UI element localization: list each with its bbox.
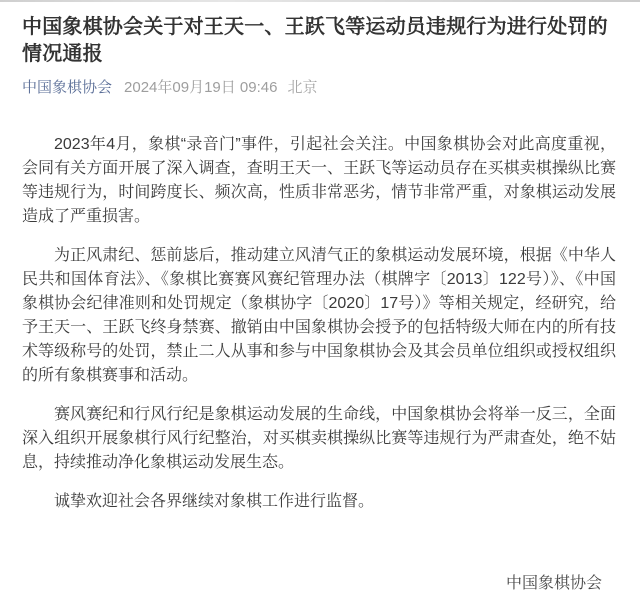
publish-date: 2024年09月19日 09:46 <box>124 79 277 97</box>
account-name-link[interactable]: 中国象棋协会 <box>22 79 112 97</box>
article-page: 中国象棋协会关于对王天一、王跃飞等运动员违规行为进行处罚的情况通报 中国象棋协会… <box>0 2 640 590</box>
paragraph-2: 为正风肃纪、惩前毖后，推动建立风清气正的象棋运动发展环境，根据《中华人民共和国体… <box>22 244 616 388</box>
publish-location: 北京 <box>287 79 317 97</box>
paragraph-4: 诚挚欢迎社会各界继续对象棋工作进行监督。 <box>22 490 616 514</box>
paragraph-3: 赛风赛纪和行风行纪是象棋运动发展的生命线，中国象棋协会将举一反三，全面深入组织开… <box>22 403 616 475</box>
page-title: 中国象棋协会关于对王天一、王跃飞等运动员违规行为进行处罚的情况通报 <box>22 14 616 68</box>
signature: 中国象棋协会 <box>22 572 616 590</box>
byline: 中国象棋协会 2024年09月19日 09:46 北京 <box>22 79 616 97</box>
article-body: 2023年4月，象棋“录音门”事件，引起社会关注。中国象棋协会对此高度重视，会同… <box>22 133 616 514</box>
paragraph-1: 2023年4月，象棋“录音门”事件，引起社会关注。中国象棋协会对此高度重视，会同… <box>22 133 616 229</box>
